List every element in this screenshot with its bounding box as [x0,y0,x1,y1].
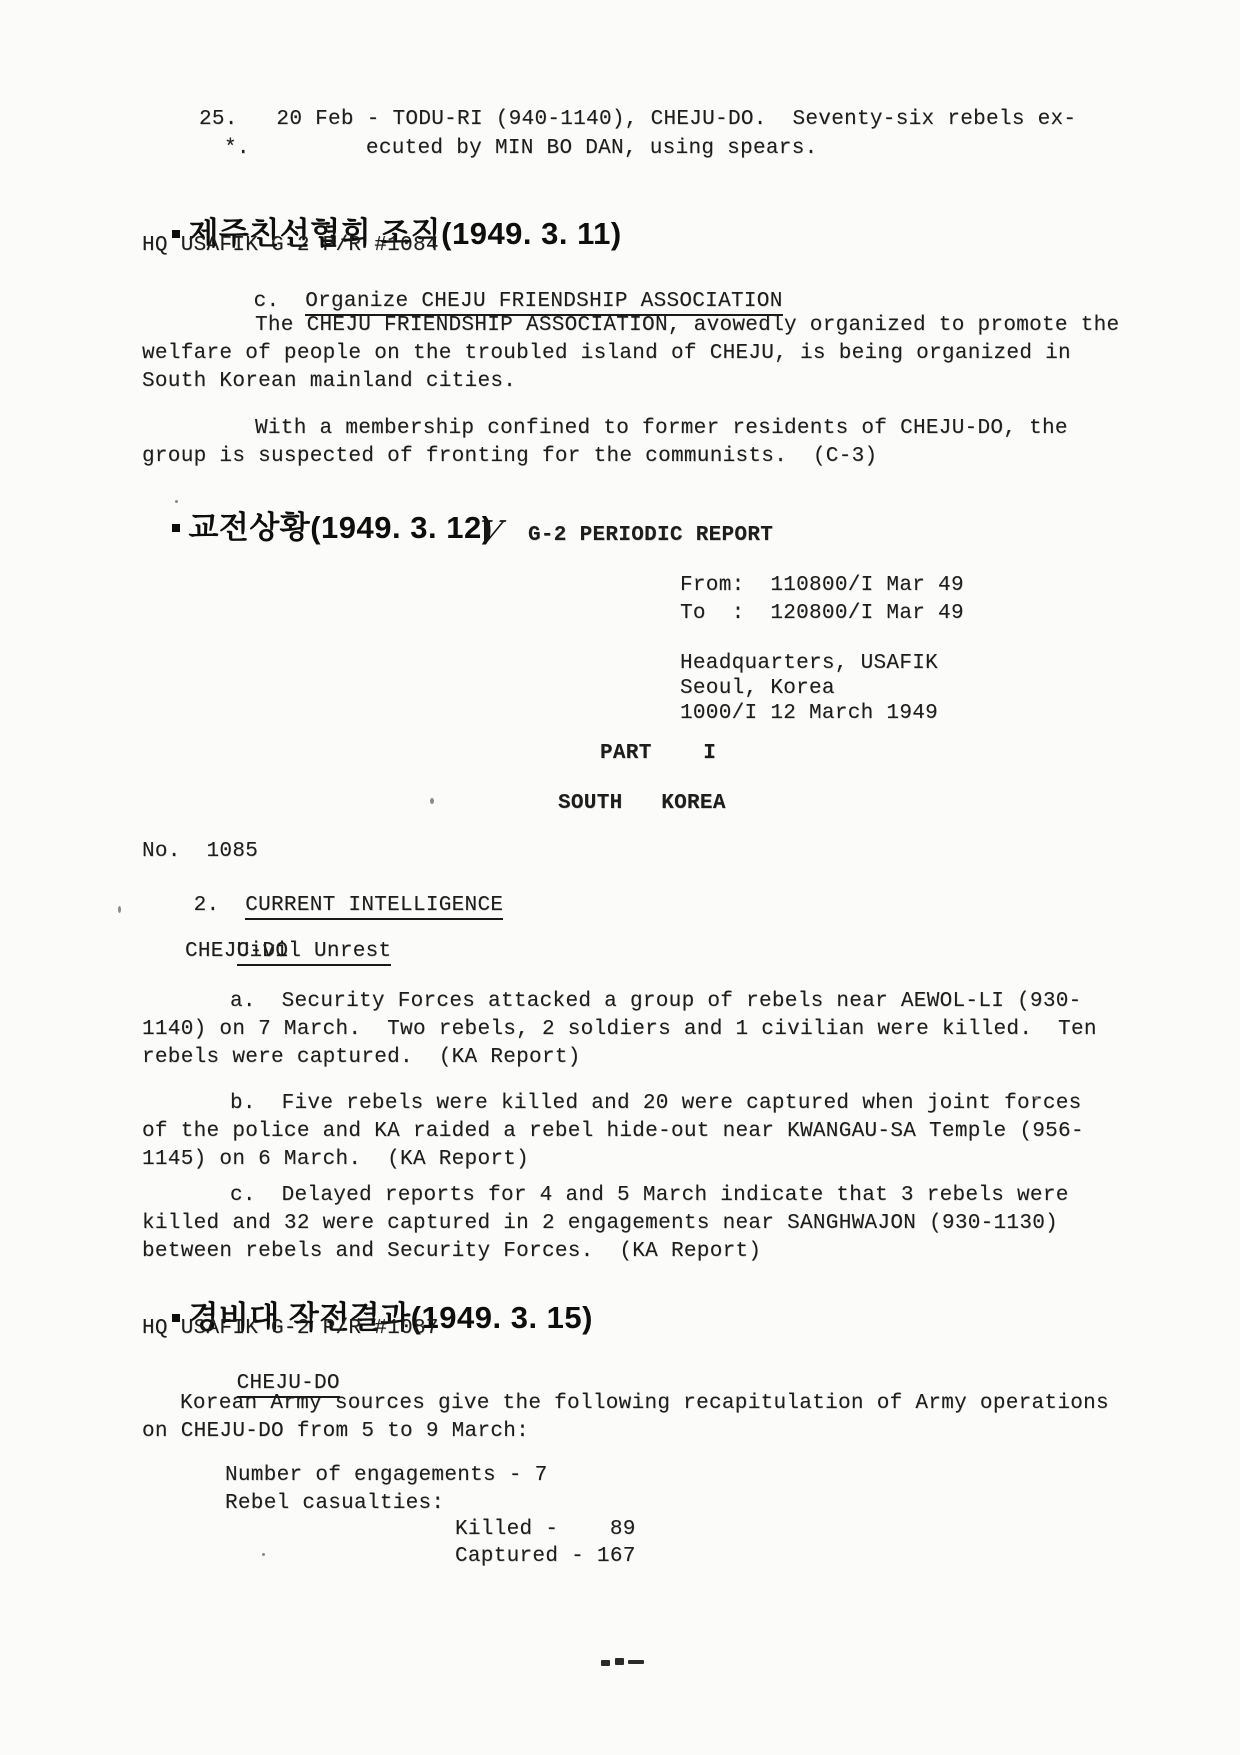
headquarters-line: Headquarters, USAFIK [680,650,938,678]
square-bullet-icon [172,524,180,532]
scan-artifact [615,1658,624,1665]
scan-artifact [262,1553,265,1556]
scan-artifact [1035,1096,1038,1100]
scan-artifact [601,1660,610,1666]
scan-artifact [175,500,178,503]
scan-artifact [118,906,121,913]
engagements-count-line: Number of engagements - 7 [225,1462,548,1490]
paragraph-line: Korean Army sources give the following r… [180,1390,1109,1418]
paragraph-line: welfare of people on the troubled island… [142,340,1071,368]
paragraph-line: of the police and KA raided a rebel hide… [142,1118,1084,1146]
hq-reference-1087: HQ USAFIK G-2 P/R #1087 [142,1315,439,1343]
report-to-line: To : 120800/I Mar 49 [680,600,964,628]
paragraph-line: on CHEJU-DO from 5 to 9 March: [142,1418,529,1446]
cheju-do-label: CHEJU-DO [185,938,288,966]
casualties-label: Rebel casualties: [225,1490,444,1518]
part-heading: PART I [600,740,716,768]
korean-section-header-2: 교전상황(1949. 3. 12) [136,466,493,583]
report-title: G-2 PERIODIC REPORT [528,522,773,550]
paragraph-line: The CHEJU FRIENDSHIP ASSOCIATION, avowed… [255,312,1119,340]
document-page: 25. 20 Feb - TODU-RI (940-1140), CHEJU-D… [0,0,1240,1755]
headquarters-line: 1000/I 12 March 1949 [680,700,938,728]
headquarters-line: Seoul, Korea [680,675,835,703]
killed-count-line: Killed - 89 [455,1516,636,1544]
paragraph-line: c. Delayed reports for 4 and 5 March ind… [230,1182,1069,1210]
paragraph-line: 1140) on 7 March. Two rebels, 2 soldiers… [142,1016,1097,1044]
hq-reference-1084: HQ USAFIK G-2 P/R #1084 [142,232,439,260]
paragraph-line: killed and 32 were captured in 2 engagem… [142,1210,1058,1238]
entry-25-line-2: *. ecuted by MIN BO DAN, using spears. [224,135,818,163]
entry-25-line-1: 25. 20 Feb - TODU-RI (940-1140), CHEJU-D… [199,106,1076,134]
paragraph-line: With a membership confined to former res… [255,415,1068,443]
region-heading: SOUTH KOREA [558,790,726,818]
scan-artifact [628,1660,644,1664]
report-number: No. 1085 [142,838,258,866]
paragraph-line: a. Security Forces attacked a group of r… [230,988,1082,1016]
paragraph-line: b. Five rebels were killed and 20 were c… [230,1090,1082,1118]
subsection-c-letter: c. [254,290,306,313]
report-from-line: From: 110800/I Mar 49 [680,572,964,600]
paragraph-line: 1145) on 6 March. (KA Report) [142,1146,529,1174]
captured-count-line: Captured - 167 [455,1543,636,1571]
paragraph-line: rebels were captured. (KA Report) [142,1044,581,1072]
korean-header-2-text: 교전상황(1949. 3. 12) [188,510,492,545]
scan-artifact [430,798,434,804]
paragraph-line: South Korean mainland cities. [142,368,516,396]
